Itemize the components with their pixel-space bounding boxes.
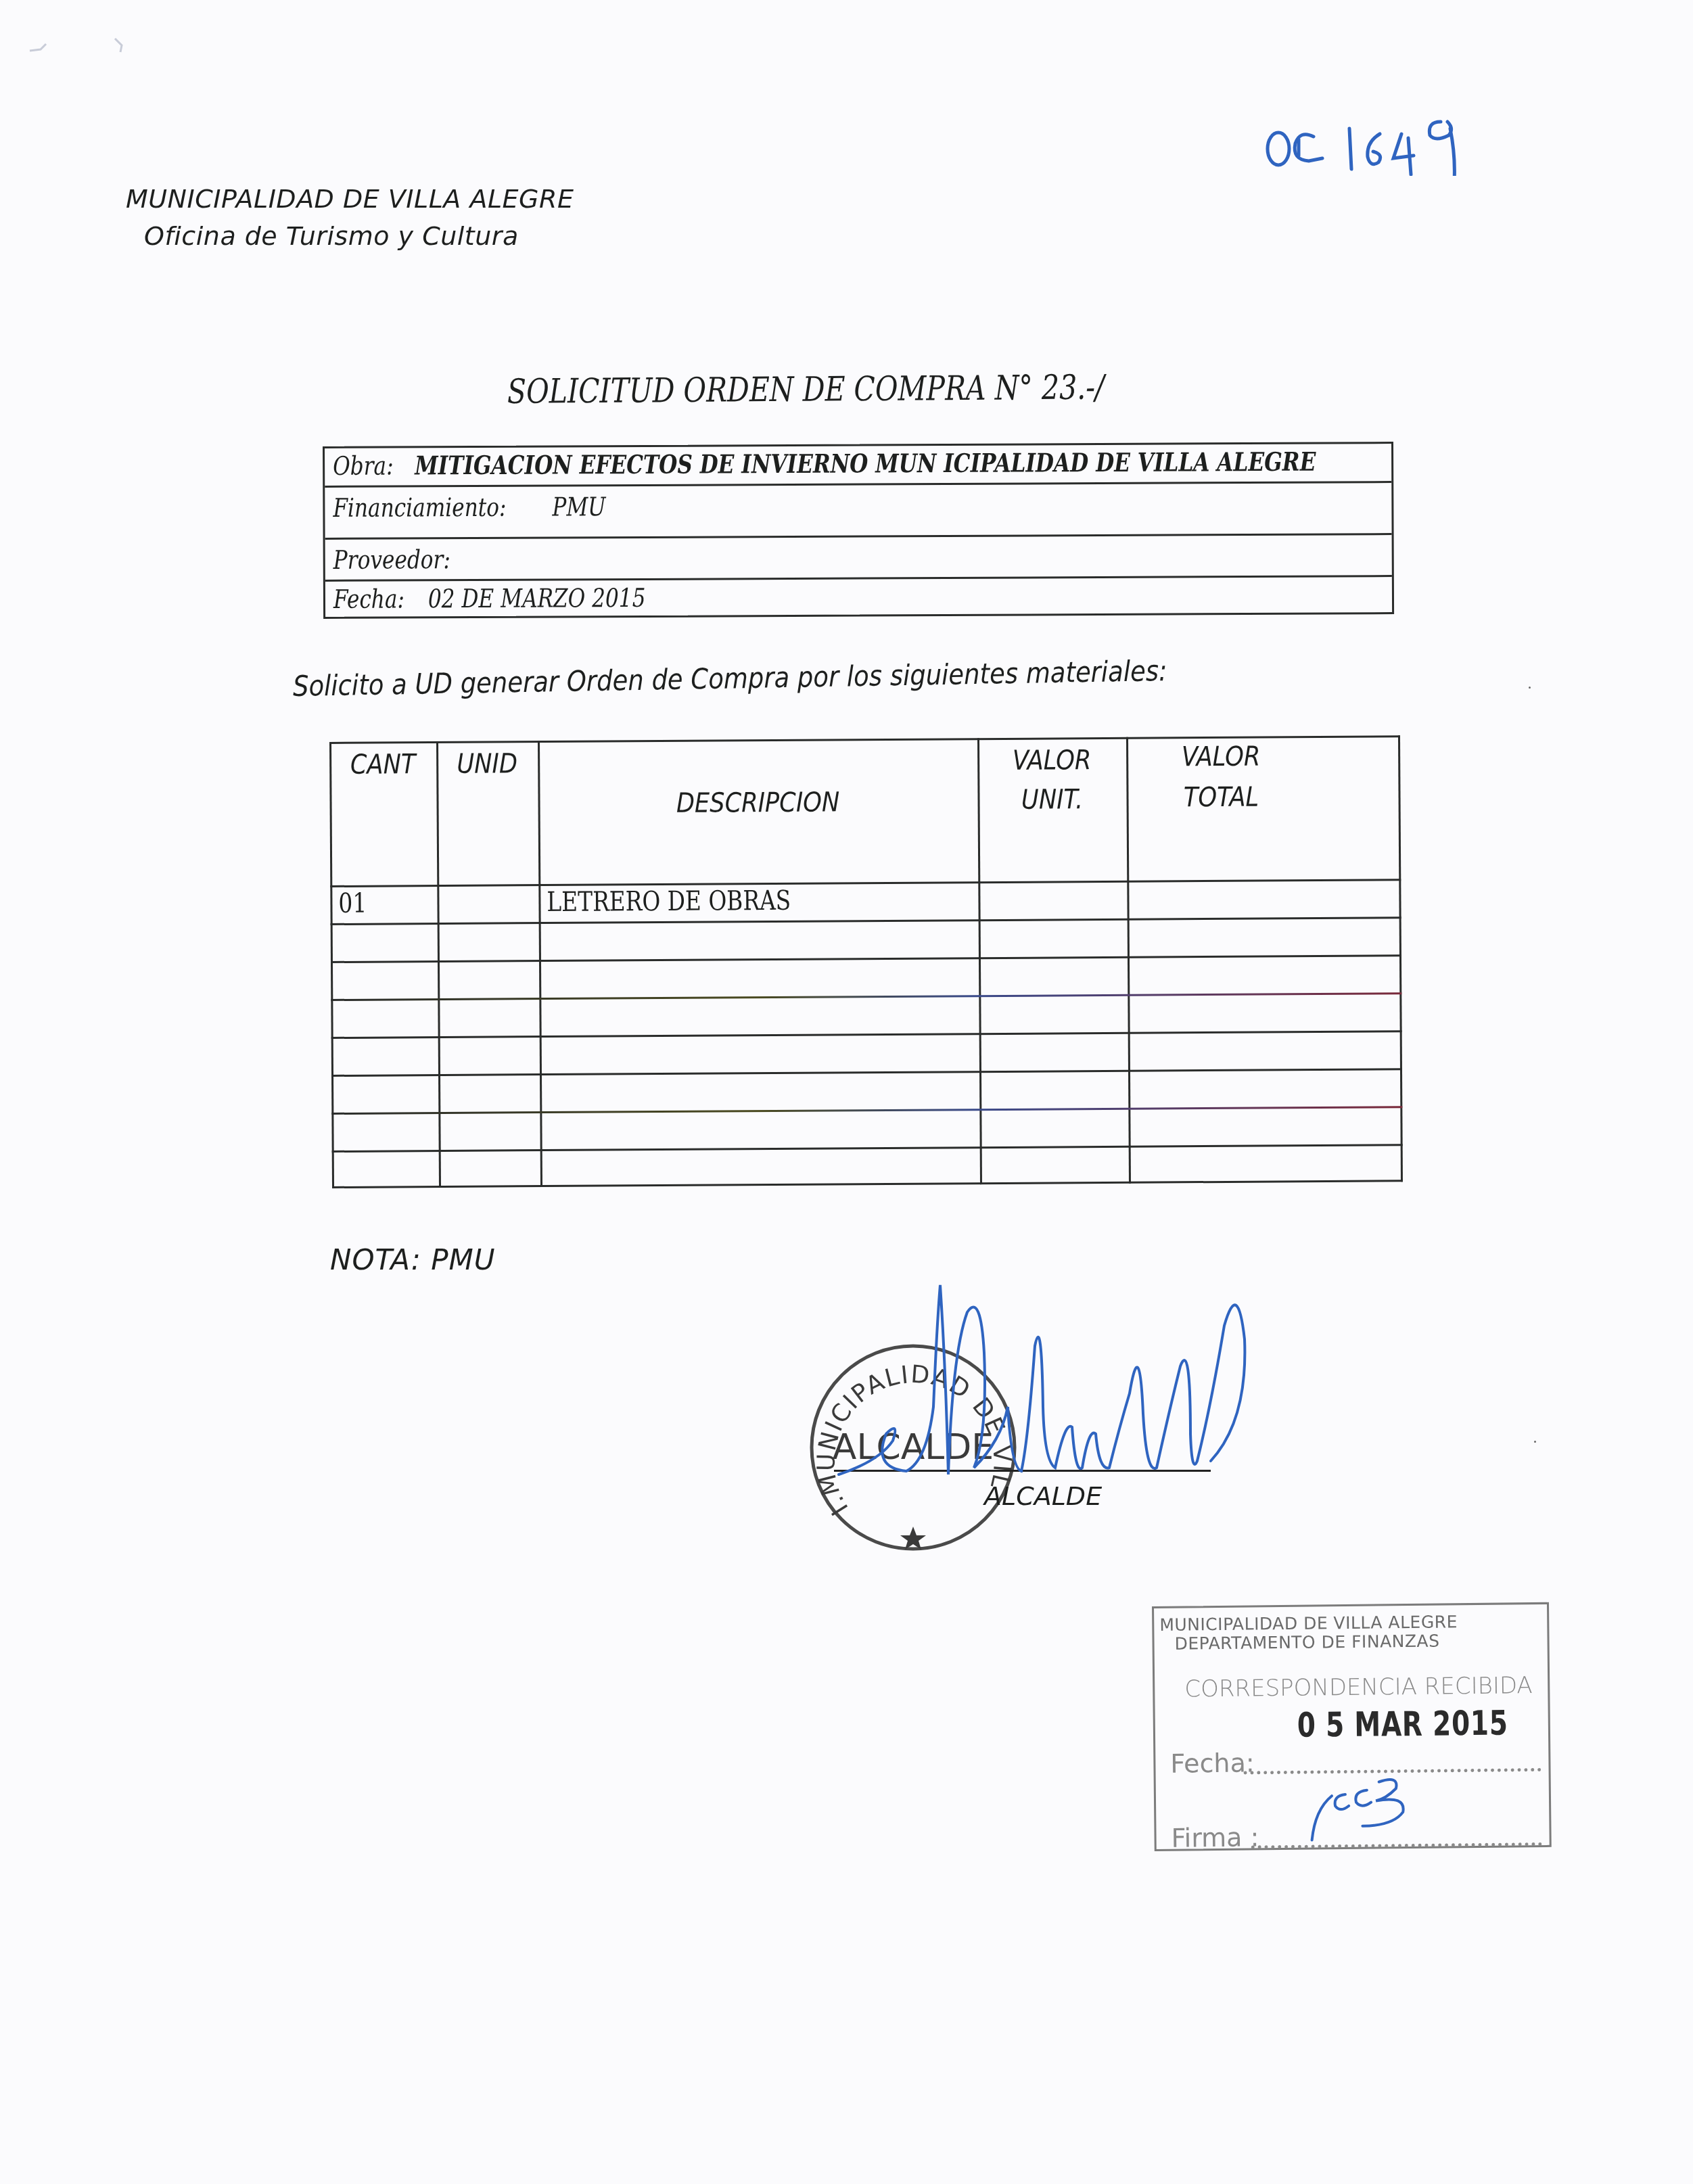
office-name: Oficina de Turismo y Cultura bbox=[144, 221, 519, 251]
table-cell-descripcion: LETRERO DE OBRAS bbox=[547, 885, 791, 918]
col-header-valor-unit-line1: VALOR bbox=[986, 740, 1117, 781]
info-box: Obra: MITIGACION EFECTOS DE INVIERNO MUN… bbox=[323, 442, 1394, 619]
table-column-border bbox=[1398, 735, 1403, 1182]
stamp-received-date: 0 5 MAR 2015 bbox=[1297, 1703, 1509, 1744]
financiamiento-value: PMU bbox=[553, 486, 606, 527]
col-header-valor-unit-line2: UNIT. bbox=[987, 779, 1118, 820]
scan-speck bbox=[1534, 1441, 1536, 1443]
stamp-fecha-label: Fecha: bbox=[1170, 1748, 1255, 1778]
stamp-department: DEPARTAMENTO DE FINANZAS bbox=[1174, 1631, 1439, 1654]
fecha-value: 02 DE MARZO 2015 bbox=[428, 580, 646, 616]
table-row-border bbox=[332, 1144, 1403, 1153]
intro-text: Solicito a UD generar Orden de Compra po… bbox=[293, 654, 1167, 703]
info-row-proveedor: Proveedor: bbox=[325, 535, 1392, 582]
handwritten-initials: ccs bbox=[1305, 1768, 1414, 1844]
table-column-border bbox=[1126, 737, 1131, 1184]
table-column-border bbox=[436, 741, 441, 1188]
table-row-border bbox=[331, 1068, 1402, 1077]
col-header-valor-total-line2: TOTAL bbox=[1138, 776, 1305, 818]
page-title: SOLICITUD ORDEN DE COMPRA N° 23.-/ bbox=[507, 367, 1105, 411]
col-header-valor-total-line1: VALOR bbox=[1138, 736, 1305, 778]
proveedor-label: Proveedor: bbox=[333, 539, 450, 580]
fecha-label: Fecha: bbox=[333, 581, 404, 616]
table-column-border bbox=[329, 742, 334, 1188]
handwritten-signature bbox=[832, 1272, 1278, 1495]
table-row-border bbox=[331, 954, 1401, 963]
financiamiento-label: Financiamiento: bbox=[333, 487, 506, 528]
obra-label: Obra: bbox=[333, 448, 394, 484]
signer-title: ALCALDE bbox=[984, 1481, 1102, 1511]
scan-artifact bbox=[27, 30, 135, 57]
stamp-firma-label: Firma : bbox=[1171, 1822, 1259, 1853]
table-cell-cant: 01 bbox=[338, 888, 367, 919]
table-row-border bbox=[331, 1030, 1402, 1039]
items-table: CANT UNID DESCRIPCION VALOR UNIT. VALOR … bbox=[329, 735, 1403, 1188]
stamp-received-label: CORRESPONDENCIA RECIBIDA bbox=[1184, 1672, 1533, 1702]
table-column-border bbox=[538, 741, 542, 1187]
col-header-unid: UNID bbox=[442, 743, 532, 785]
reception-stamp: MUNICIPALIDAD DE VILLA ALEGRE DEPARTAMEN… bbox=[1152, 1602, 1552, 1851]
handwritten-oc-number: OC 1649 bbox=[1258, 101, 1515, 176]
col-header-descripcion: DESCRIPCION bbox=[564, 781, 951, 824]
table-row-border bbox=[332, 1180, 1403, 1188]
table-row-border bbox=[330, 879, 1401, 887]
table-row-border bbox=[331, 992, 1401, 1001]
info-row-obra: Obra: MITIGACION EFECTOS DE INVIERNO MUN… bbox=[325, 444, 1391, 488]
table-column-border bbox=[977, 738, 982, 1184]
scan-speck bbox=[1529, 687, 1531, 689]
stamp-firma-dotted-line bbox=[1251, 1842, 1542, 1849]
info-row-fecha: Fecha: 02 DE MARZO 2015 bbox=[325, 577, 1392, 619]
obra-value: MITIGACION EFECTOS DE INVIERNO MUN ICIPA… bbox=[415, 444, 1316, 484]
star-icon bbox=[900, 1527, 926, 1550]
info-row-financiamiento: Financiamiento: PMU bbox=[325, 483, 1391, 540]
col-header-cant: CANT bbox=[336, 744, 430, 785]
table-row-border bbox=[331, 1106, 1402, 1115]
table-row-border bbox=[331, 916, 1401, 925]
organization-name: MUNICIPALIDAD DE VILLA ALEGRE bbox=[126, 184, 574, 214]
note: NOTA: PMU bbox=[330, 1243, 496, 1276]
